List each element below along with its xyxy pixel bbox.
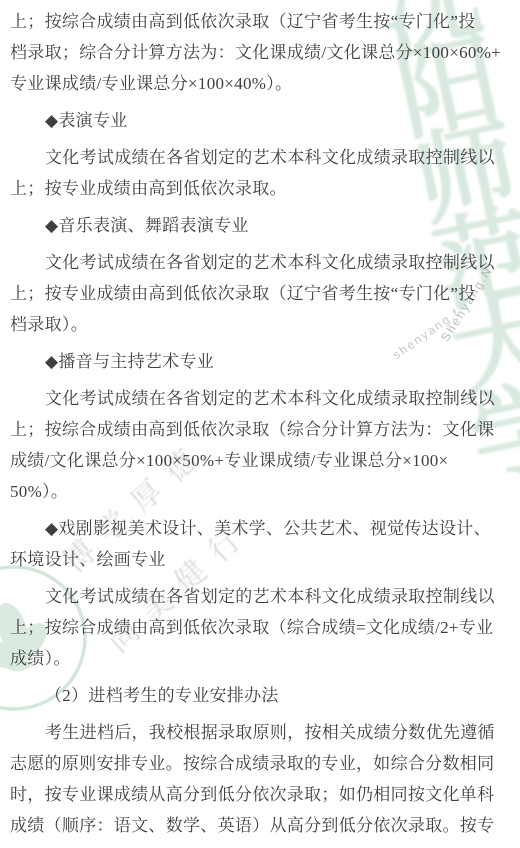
document-line: 成绩）。 [10, 643, 510, 674]
document-block-heading: ◆播音与主持艺术专业 [10, 346, 510, 377]
document-line: 上；按综合成绩由高到低依次录取（综合成绩=文化成绩/2+专业 [10, 612, 510, 643]
document-line: 文化考试成绩在各省划定的艺术本科文化成绩录取控制线以 [10, 247, 510, 278]
document-line: 环境设计、绘画专业 [10, 544, 510, 575]
document-block-heading: （2）进档考生的专业安排办法 [10, 680, 510, 711]
document-block-paragraph: 文化考试成绩在各省划定的艺术本科文化成绩录取控制线以上；按专业成绩由高到低依次录… [10, 247, 510, 340]
document-line: 上；按综合成绩由高到低依次录取（综合分计算方法为：文化课 [10, 414, 510, 445]
document-block-paragraph: 文化考试成绩在各省划定的艺术本科文化成绩录取控制线以上；按综合成绩由高到低依次录… [10, 581, 510, 674]
document-line: 专业课成绩/专业课总分×100×40%）。 [10, 68, 510, 99]
document-line: 上；按专业成绩由高到低依次录取。 [10, 173, 510, 204]
page: { "page": { "background": "#ffffff", "te… [0, 0, 520, 848]
document-line: ◆播音与主持艺术专业 [10, 346, 510, 377]
document-line: 档录取；综合分计算方法为：文化课成绩/文化课总分×100×60%+ [10, 37, 510, 68]
document-block-paragraph: 上；按综合成绩由高到低依次录取（辽宁省考生按“专门化”投档录取；综合分计算方法为… [10, 6, 510, 99]
document-line: 文化考试成绩在各省划定的艺术本科文化成绩录取控制线以 [10, 581, 510, 612]
document-body: 上；按综合成绩由高到低依次录取（辽宁省考生按“专门化”投档录取；综合分计算方法为… [0, 0, 520, 847]
document-line: 上；按综合成绩由高到低依次录取（辽宁省考生按“专门化”投 [10, 6, 510, 37]
document-line: 时，按专业课成绩从高分到低分依次录取；如仍相同按文化单科 [10, 779, 510, 810]
document-line: 成绩（顺序：语文、数学、英语）从高分到低分依次录取。按专 [10, 810, 510, 841]
document-line: ◆戏剧影视美术设计、美术学、公共艺术、视觉传达设计、 [10, 513, 510, 544]
document-line: 上；按专业成绩由高到低依次录取（辽宁省考生按“专门化”投 [10, 278, 510, 309]
document-line: 成绩/文化课总分×100×50%+专业课成绩/专业课总分×100× [10, 445, 510, 476]
document-line: ◆音乐表演、舞蹈表演专业 [10, 210, 510, 241]
document-block-paragraph: 文化考试成绩在各省划定的艺术本科文化成绩录取控制线以上；按综合成绩由高到低依次录… [10, 383, 510, 507]
document-block-paragraph: 考生进档后，我校根据录取原则，按相关成绩分数优先遵循志愿的原则安排专业。按综合成… [10, 717, 510, 841]
document-block-heading: ◆戏剧影视美术设计、美术学、公共艺术、视觉传达设计、环境设计、绘画专业 [10, 513, 510, 575]
document-line: 文化考试成绩在各省划定的艺术本科文化成绩录取控制线以 [10, 383, 510, 414]
document-block-paragraph: 文化考试成绩在各省划定的艺术本科文化成绩录取控制线以上；按专业成绩由高到低依次录… [10, 142, 510, 204]
document-line: 考生进档后，我校根据录取原则，按相关成绩分数优先遵循 [10, 717, 510, 748]
document-block-heading: ◆音乐表演、舞蹈表演专业 [10, 210, 510, 241]
document-line: 档录取）。 [10, 309, 510, 340]
document-line: 志愿的原则安排专业。按综合成绩录取的专业，如综合分数相同 [10, 748, 510, 779]
document-block-heading: ◆表演专业 [10, 105, 510, 136]
document-line: 文化考试成绩在各省划定的艺术本科文化成绩录取控制线以 [10, 142, 510, 173]
document-line: 50%）。 [10, 476, 510, 507]
document-line: ◆表演专业 [10, 105, 510, 136]
document-line: （2）进档考生的专业安排办法 [10, 680, 510, 711]
